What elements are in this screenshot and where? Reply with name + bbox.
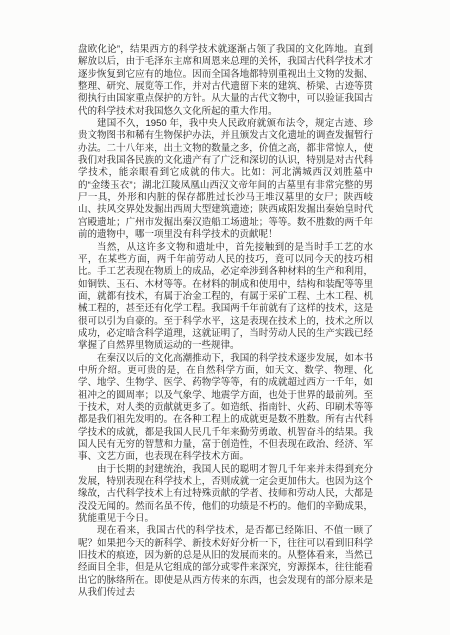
paragraph: 在秦汉以后的文化高潮推动下，我国的科学技术逐步发展，如本书中所介绍。更可贵的是，… (78, 353, 373, 464)
book-page: 盘欧化论”，结果西方的科学技术就逐渐占领了我国的文化阵地。直到解放以后，由于毛泽… (0, 0, 450, 635)
paragraph: 当然，从这许多文物和遗址中，首先接触到的是当时手工艺的水平，在某些方面，两千年前… (78, 242, 373, 353)
paragraph: 建国不久，1950 年，我中央人民政府就颁布法令，规定古迹、珍贵文物图书和稀有生… (78, 118, 373, 241)
paragraph: 由于长期的封建统治，我国人民的聪明才智几千年来并未得到充分发展，特别表现在科学技… (78, 464, 373, 526)
body-text: 盘欧化论”，结果西方的科学技术就逐渐占领了我国的文化阵地。直到解放以后，由于毛泽… (78, 44, 373, 599)
paragraph: 盘欧化论”，结果西方的科学技术就逐渐占领了我国的文化阵地。直到解放以后，由于毛泽… (78, 44, 373, 118)
paragraph: 现在看来，我国古代的科学技术，是否都已经陈旧、不值一顾了呢？如果把今天的新科学、… (78, 525, 373, 599)
